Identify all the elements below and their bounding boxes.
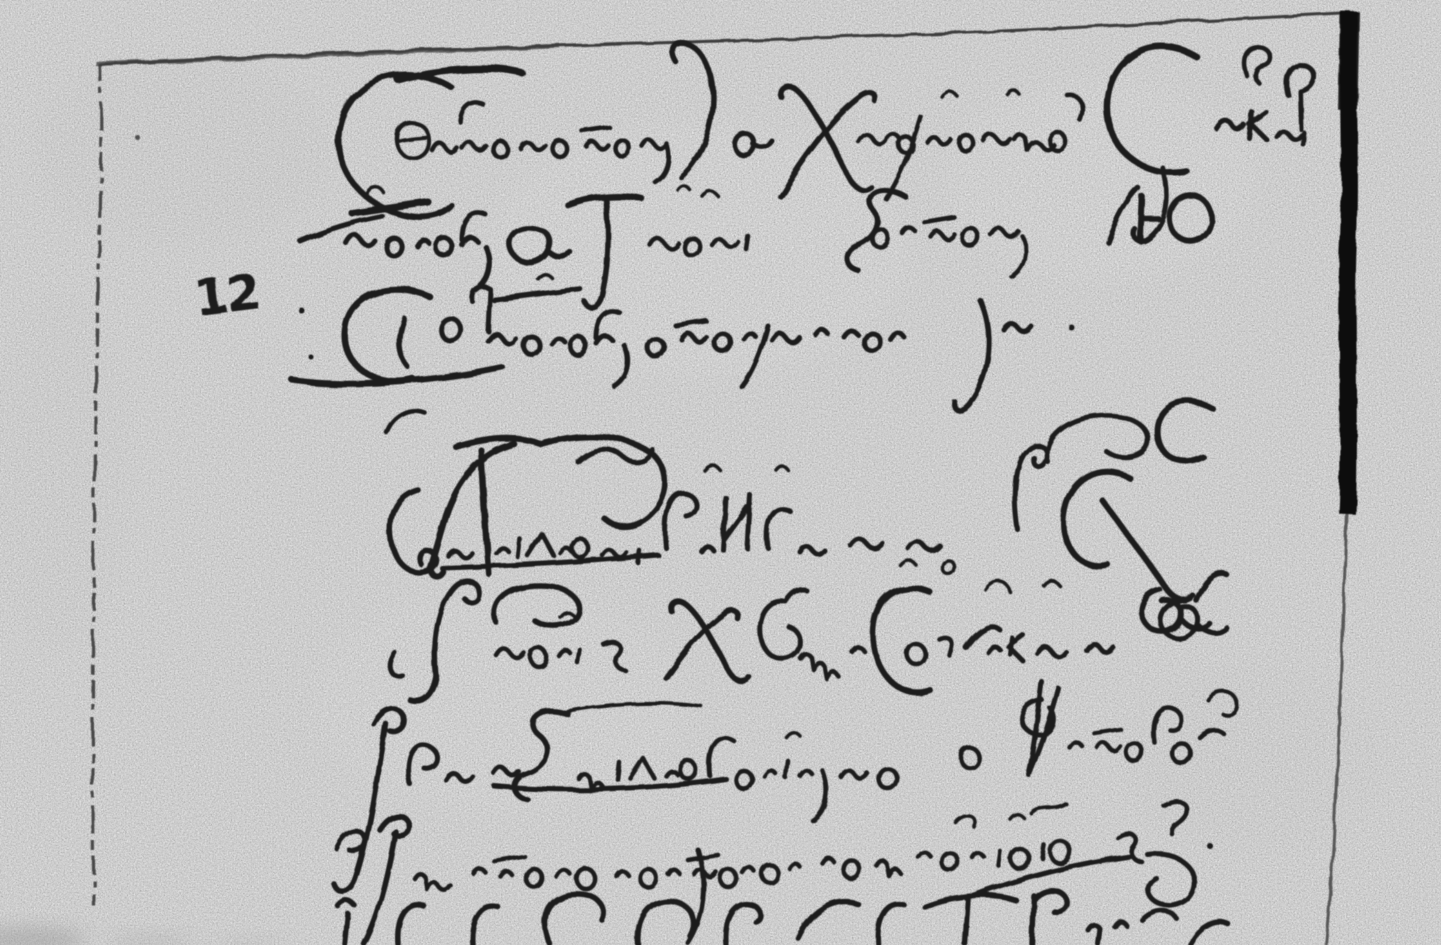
manuscript-scan-page: Black-and-white halftone scan of a 17th-… xyxy=(0,0,1441,945)
halftone-grain-light xyxy=(0,0,1441,945)
manuscript-svg: Black-and-white halftone scan of a 17th-… xyxy=(0,0,1441,945)
gutter-ink-bar-top xyxy=(1348,12,1350,110)
margin-folio-number: 12 xyxy=(191,262,261,327)
